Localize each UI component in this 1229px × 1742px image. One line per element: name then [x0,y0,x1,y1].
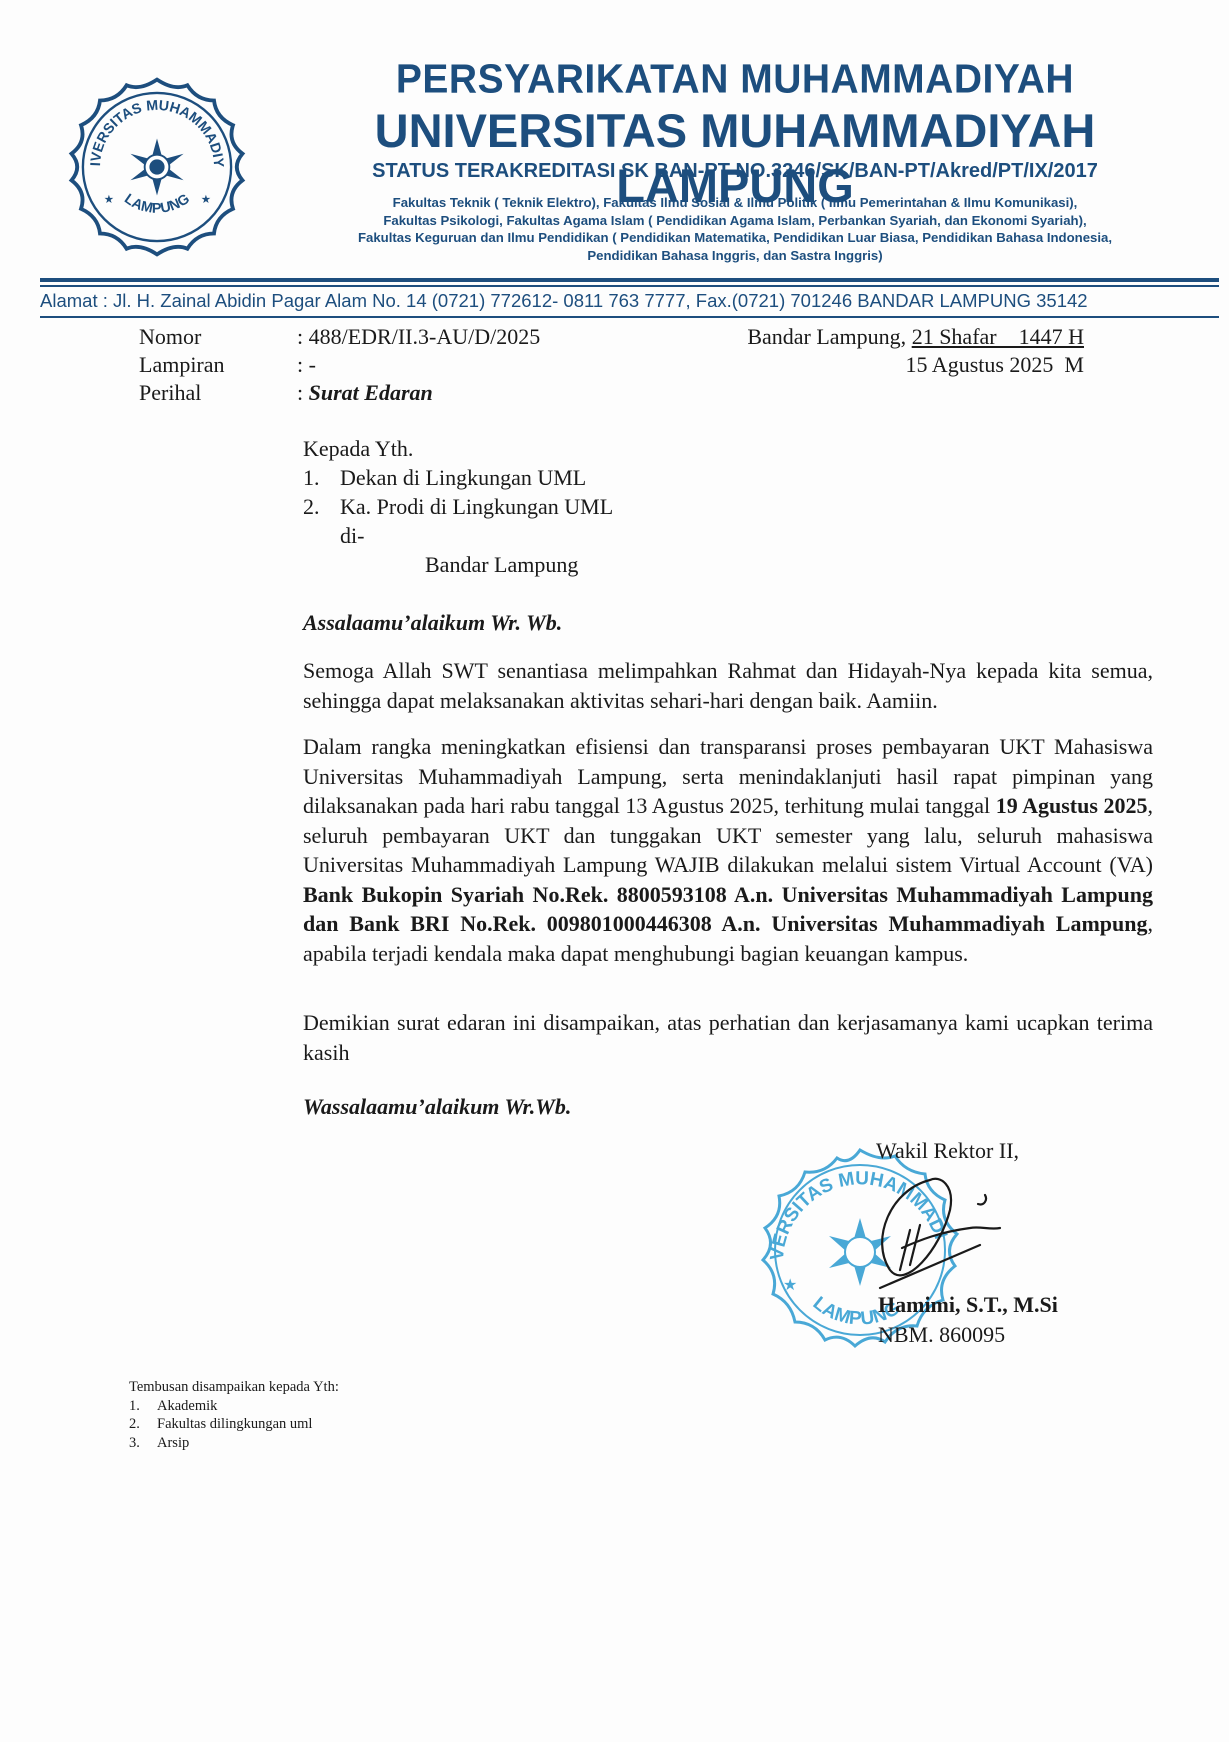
svg-text:★: ★ [201,194,211,206]
cc-heading: Tembusan disampaikan kepada Yth: [129,1378,339,1397]
letter-page: UNIVERSITAS MUHAMMADIYAH LAMPUNG ★ ★ PER… [0,0,1229,1742]
date-hijri: Bandar Lampung, 21 Shafar 1447 H [747,324,1084,350]
signature-icon [860,1170,1020,1290]
paragraph-closing: Demikian surat edaran ini disampaikan, a… [303,1008,1153,1067]
opening-salam: Assalaamu’alaikum Wr. Wb. [303,608,1153,638]
recipient-1: Dekan di Lingkungan UML [340,465,586,491]
letterhead-divider [40,278,1219,282]
accreditation-status: STATUS TERAKREDITASI SK BAN-PT NO.3246/S… [255,160,1215,183]
signatory-nbm: NBM. 860095 [878,1322,1005,1348]
svg-text:★: ★ [104,194,114,206]
recipient-di: di- [340,523,364,549]
subject: Surat Edaran [309,380,433,405]
svg-text:★: ★ [783,1277,797,1294]
effective-date: 19 Agustus 2025 [996,793,1148,818]
university-seal-icon: UNIVERSITAS MUHAMMADIYAH LAMPUNG ★ ★ [62,72,252,262]
recipient-place: Bandar Lampung [425,552,578,578]
letterhead-divider-thin [40,285,1219,287]
signatory-name: Hamimi, S.T., M.Si [878,1292,1058,1318]
date-masehi: 15 Agustus 2025 M [906,352,1084,378]
org-name: PERSYARIKATAN MUHAMMADIYAH [255,57,1215,103]
paragraph-main: Dalam rangka meningkatkan efisiensi dan … [303,732,1153,968]
recipient-greeting: Kepada Yth. [303,436,413,462]
signatory-title: Wakil Rektor II, [876,1138,1019,1164]
bank-accounts: Bank Bukopin Syariah No.Rek. 8800593108 … [303,882,1153,937]
cc-item: 1.Akademik [129,1397,339,1416]
paragraph-opening: Semoga Allah SWT senantiasa melimpahkan … [303,656,1153,715]
recipient-2: Ka. Prodi di Lingkungan UML [340,494,613,520]
recipient-num-1: 1. [303,465,320,491]
closing-salam: Wassalaamu’alaikum Wr.Wb. [303,1092,1153,1122]
address-line: Alamat : Jl. H. Zainal Abidin Pagar Alam… [40,290,1229,312]
cc-list: Tembusan disampaikan kepada Yth: 1.Akade… [129,1378,339,1452]
faculty-list: Fakultas Teknik ( Teknik Elektro), Fakul… [255,194,1215,264]
recipient-num-2: 2. [303,494,320,520]
cc-item: 2.Fakultas dilingkungan uml [129,1415,339,1434]
address-divider [40,316,1219,318]
cc-item: 3.Arsip [129,1434,339,1453]
